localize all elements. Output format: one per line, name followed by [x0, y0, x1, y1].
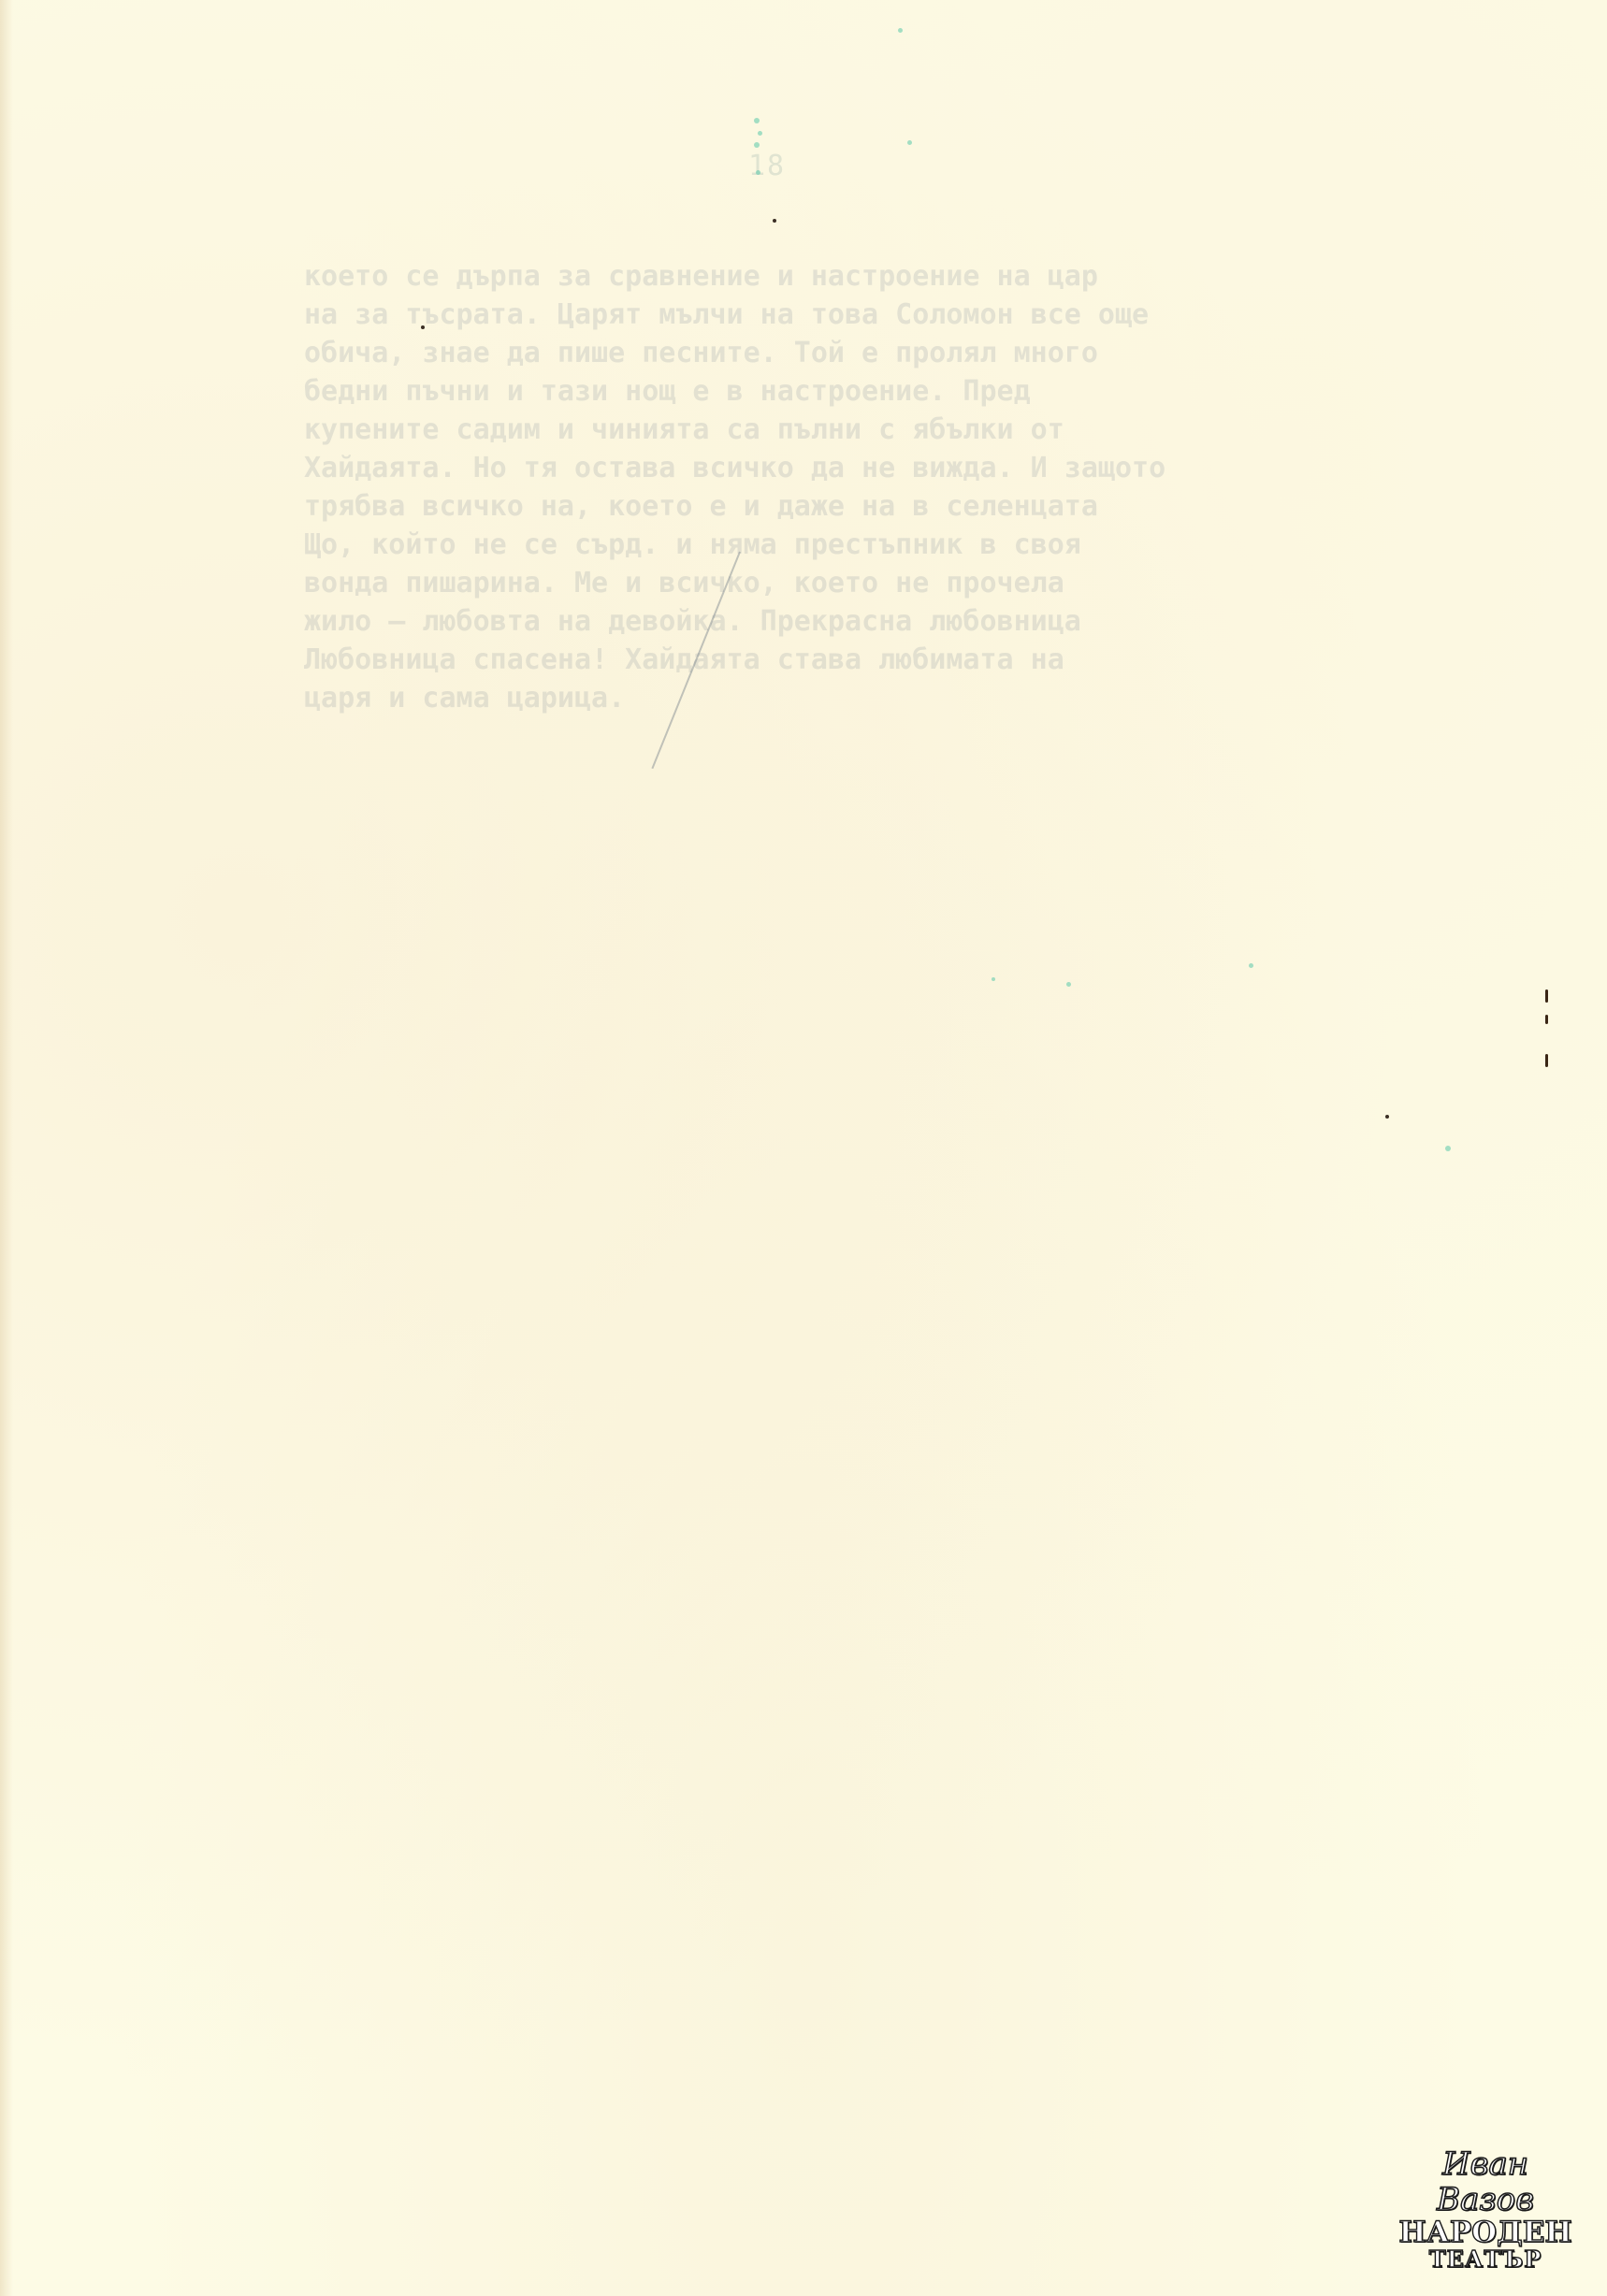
bleed-line: жило — любовта на девойка. Прекрасна люб… [304, 602, 1445, 641]
bleed-line: обича, знае да пише песните. Той е проля… [304, 334, 1445, 372]
speck [773, 219, 776, 223]
bleed-line: вонда пишарина. Ме и всичко, което не пр… [304, 564, 1445, 602]
ink-spot [754, 118, 760, 123]
bleed-page-number: 18 [748, 150, 786, 182]
bleed-line: Хайдаята. Но тя остава всичко да не вижд… [304, 449, 1445, 487]
ink-spot [907, 140, 912, 145]
bleed-through-text: което се дърпа за сравнение и настроение… [304, 257, 1445, 717]
ink-spot [758, 131, 762, 136]
bleed-line: царя и сама царица. [304, 679, 1445, 717]
binding-mark [1545, 1054, 1548, 1067]
logo-text-line1: НАРОДЕН [1392, 2217, 1579, 2247]
page-edge-shadow [0, 0, 13, 2296]
speck [1385, 1115, 1389, 1119]
ink-spot [898, 28, 903, 33]
logo-text-line2: ТЕАТЪР [1392, 2247, 1579, 2272]
bleed-line: на за тъсрата. Царят мълчи на това Солом… [304, 296, 1445, 334]
bleed-line: Що, който не се сърд. и няма престъпник … [304, 526, 1445, 564]
ink-spot [756, 170, 760, 175]
speck [421, 325, 425, 329]
bleed-line: Любовница спасена! Хайдаята става любима… [304, 641, 1445, 679]
logo-signature: Иван Вазов [1392, 2146, 1579, 2217]
ink-spot [754, 142, 760, 148]
ink-spot [1445, 1146, 1451, 1151]
binding-mark [1545, 1015, 1548, 1024]
binding-mark [1545, 989, 1548, 1003]
ink-spot [992, 977, 995, 981]
ink-spot [1249, 963, 1253, 968]
bleed-line: купените садим и чинията са пълни с ябъл… [304, 411, 1445, 449]
bleed-line: трябва всичко на, което е и даже на в се… [304, 487, 1445, 526]
bleed-line: което се дърпа за сравнение и настроение… [304, 257, 1445, 296]
bleed-line: бедни пъчни и тази нощ е в настроение. П… [304, 372, 1445, 411]
ink-spot [1066, 982, 1071, 987]
national-theatre-logo: Иван Вазов НАРОДЕН ТЕАТЪР [1392, 2146, 1579, 2272]
